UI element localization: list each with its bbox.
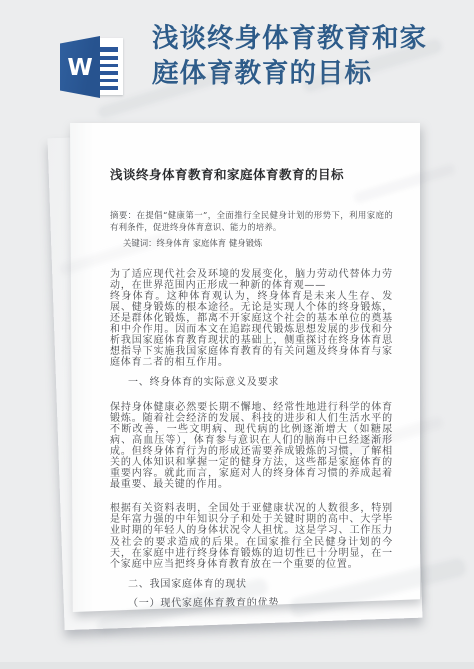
word-icon-stripe: [98, 56, 118, 60]
doc-subheading: （一）现代家庭体育教育的优势: [110, 598, 393, 609]
word-icon-stripe: [98, 47, 118, 52]
doc-heading-2: 二、我国家庭体育的现状: [110, 579, 393, 590]
word-icon-letter: W: [67, 57, 92, 80]
doc-paragraph: 终身体育。这种体育观认为，终身体育是未来人生存、发展、健身锻炼的根本途径。无论是…: [110, 291, 393, 369]
document-preview: W 浅谈终身体育教育和家 庭体育教育的目标 浅谈终身体育教育和家庭体育教育的目标…: [0, 0, 474, 669]
doc-heading-1: 一、终身体育的实际意义及要求: [110, 377, 393, 388]
word-icon: W: [60, 36, 124, 98]
preview-title-line2: 庭体育教育的目标: [152, 58, 372, 89]
preview-title-line1: 浅谈终身体育教育和家: [152, 23, 427, 54]
word-icon-stripe: [98, 71, 118, 75]
doc-paragraph: 保持身体健康必然要长期不懈地、经常性地进行科学的体育锻炼。随着社会经济的发展、科…: [110, 402, 393, 491]
preview-header: W 浅谈终身体育教育和家 庭体育教育的目标: [0, 0, 474, 110]
doc-title: 浅谈终身体育教育和家庭体育教育的目标: [110, 165, 393, 183]
word-icon-stripe: [98, 86, 118, 90]
doc-paragraph: 为了适应现代社会及环境的发展变化，脑力劳动代替体力劳动，在世界范围内正形成一种新…: [110, 269, 393, 291]
document-page[interactable]: 浅谈终身体育教育和家庭体育教育的目标摘要：在提倡“健康第一”，全面推行全民健身计…: [70, 123, 420, 612]
doc-keywords: 关键词：终身体育 家庭体育 健身锻炼: [110, 237, 393, 249]
doc-paragraph: 根据有关资料表明，全国处于亚健康状况的人数很多，特别是年富力强的中年知识分子和处…: [110, 503, 393, 570]
word-icon-stripe: [98, 79, 118, 83]
preview-title: 浅谈终身体育教育和家 庭体育教育的目标: [152, 22, 427, 91]
doc-abstract: 摘要：在提倡“健康第一”，全面推行全民健身计划的形势下，利用家庭的有利条件，促进…: [110, 209, 393, 233]
document-page-wrap: 浅谈终身体育教育和家庭体育教育的目标摘要：在提倡“健康第一”，全面推行全民健身计…: [70, 123, 420, 612]
page-content: 浅谈终身体育教育和家庭体育教育的目标摘要：在提倡“健康第一”，全面推行全民健身计…: [70, 123, 420, 612]
word-icon-stripe: [98, 64, 118, 68]
word-icon-slab: W: [60, 36, 100, 98]
